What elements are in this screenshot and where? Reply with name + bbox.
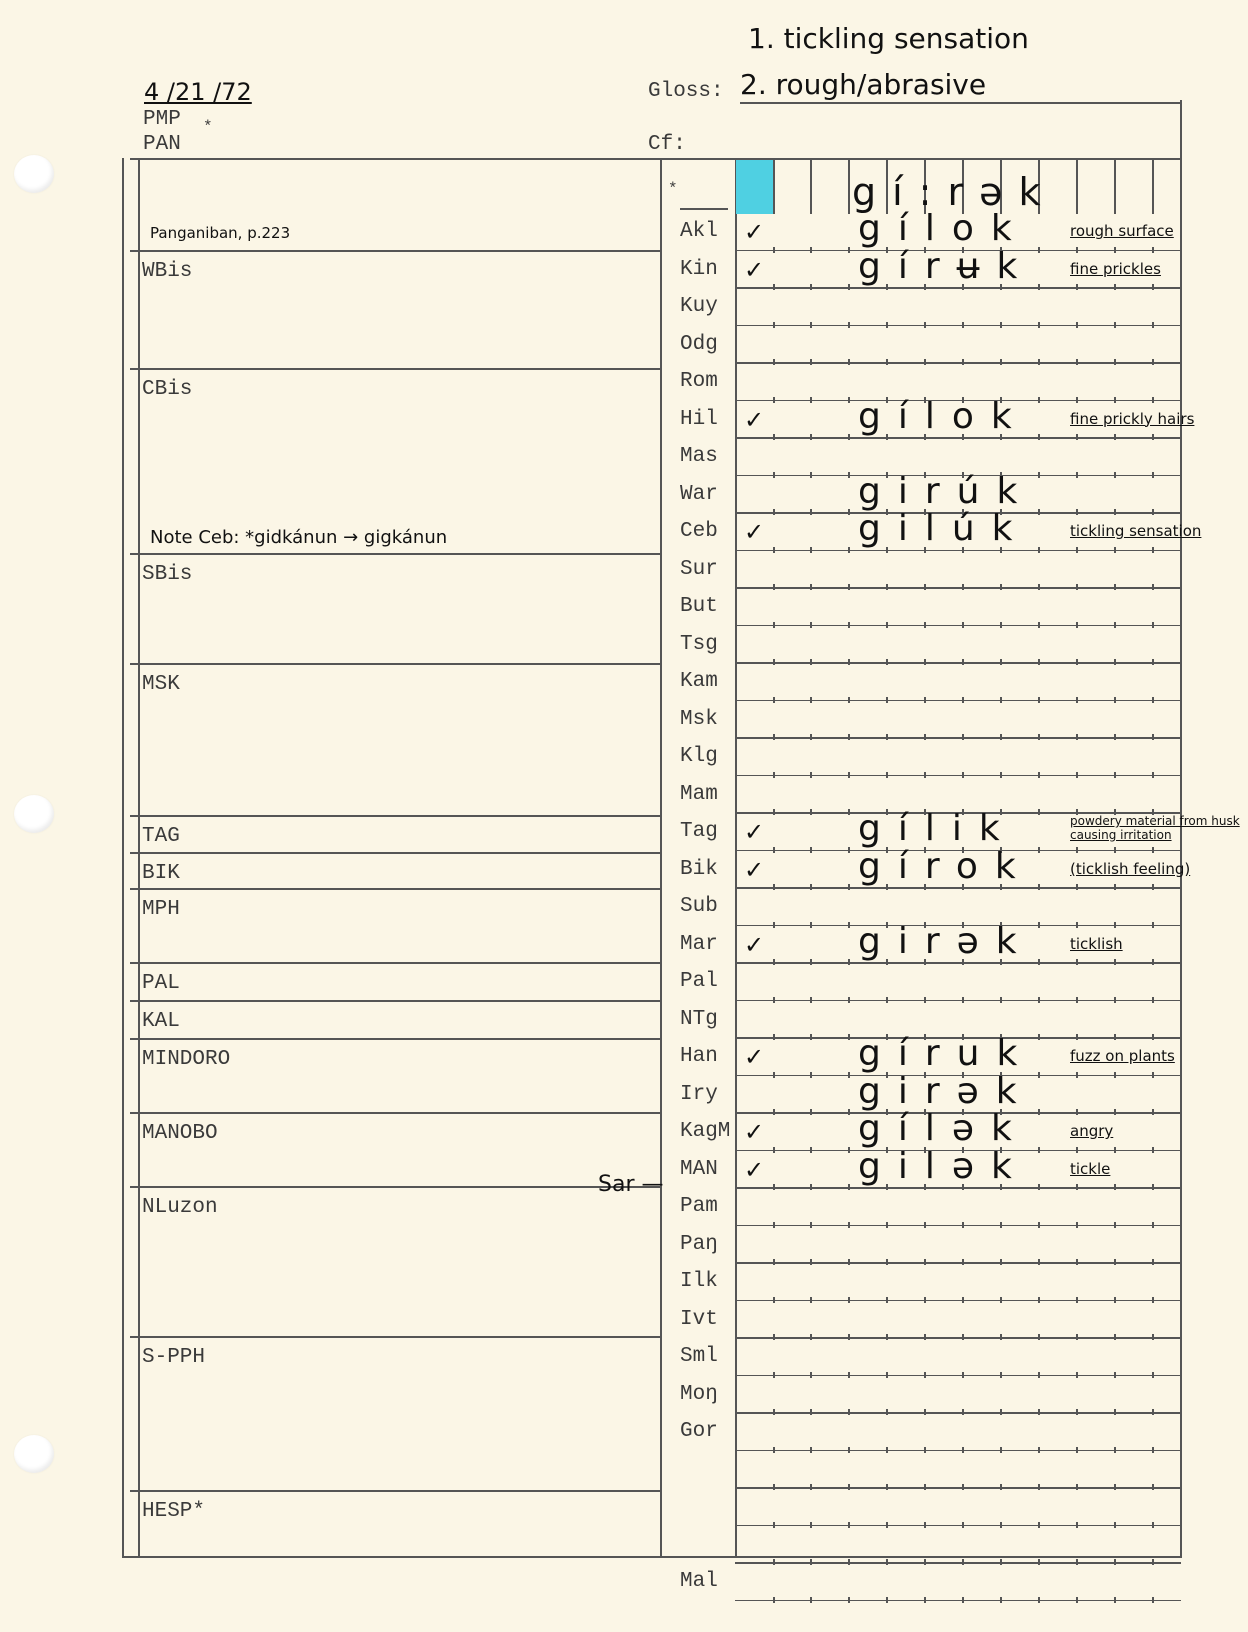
row-tick [773,434,775,440]
language-label: KagM [680,1120,732,1143]
row-tick [1152,284,1154,290]
frame-top [130,158,1182,160]
pmp-star: * [203,118,213,136]
row-tick [848,1522,850,1528]
row-tick [848,1072,850,1078]
row-tick [848,1484,850,1490]
row-tick [848,622,850,628]
row-tick [810,1259,812,1265]
row-tick [1076,1297,1078,1303]
subgroup-label: BIK [142,862,180,885]
row-tick [1152,359,1154,365]
row-tick [1114,1409,1116,1415]
row-tick [1152,397,1154,403]
check-mark: ✓ [744,518,764,546]
row-tick [848,1447,850,1453]
row-tick [1114,734,1116,740]
row-tick [1000,697,1002,703]
language-label: Odg [680,333,732,356]
row-tick [848,659,850,665]
row-tick [810,1522,812,1528]
row-tick [924,359,926,365]
row-tick [1152,734,1154,740]
row-tick [1038,959,1040,965]
row-tick [1114,397,1116,403]
row-tick [1152,434,1154,440]
row-tick [962,584,964,590]
language-label: Kuy [680,295,732,318]
row-tick [773,697,775,703]
row-tick [1114,847,1116,853]
row-tick [1038,584,1040,590]
cognate-form: gilək [858,1146,1029,1187]
row-tick [848,1334,850,1340]
row-tick [886,322,888,328]
subgroup-label: TAG [142,825,180,848]
row-tick [848,922,850,928]
row-tick [1152,1147,1154,1153]
row-tick [810,1184,812,1190]
row-tick [1152,959,1154,965]
row-tick [924,1559,926,1565]
row-tick [924,584,926,590]
row-tick [886,1297,888,1303]
group-divider [130,888,660,890]
check-mark: ✓ [744,856,764,884]
language-label: Bik [680,858,732,881]
row-tick [886,1334,888,1340]
row-tick [962,322,964,328]
row-tick [1152,1072,1154,1078]
group-divider [130,962,660,964]
row-tick [810,697,812,703]
row-tick [1152,1109,1154,1115]
group-divider [130,368,660,370]
row-tick [773,247,775,253]
row-tick [773,359,775,365]
row-tick [1114,1034,1116,1040]
row-tick [924,322,926,328]
row-tick [1152,697,1154,703]
row-tick [810,809,812,815]
row-tick [924,1597,926,1603]
row-tick [773,547,775,553]
row-tick [1038,734,1040,740]
row-tick [962,622,964,628]
row-tick [886,1597,888,1603]
row-tick [773,1522,775,1528]
language-label: Pal [680,970,732,993]
row-tick [1076,997,1078,1003]
language-label: Mal [680,1570,732,1593]
language-label: Paŋ [680,1233,732,1256]
row-tick [848,1184,850,1190]
row-tick [1152,1447,1154,1453]
row-tick [848,1109,850,1115]
row-tick [1038,1222,1040,1228]
language-label: Klg [680,745,732,768]
row-tick [810,1222,812,1228]
row-tick [886,772,888,778]
row-tick [886,1372,888,1378]
row-tick [810,1559,812,1565]
gloss-line-2: 2. rough/abrasive [740,68,986,101]
grid-divider [1076,160,1078,214]
frame-bottom [122,1556,1182,1558]
grid-divider [810,160,812,214]
row-tick [848,884,850,890]
row-tick [1000,1259,1002,1265]
row-tick [1114,1334,1116,1340]
row-tick [773,922,775,928]
row-tick [924,1484,926,1490]
reconstruction-blank [680,208,728,210]
row-tick [1038,284,1040,290]
check-mark: ✓ [744,1156,764,1184]
row-tick [773,284,775,290]
subgroup-label: NLuzon [142,1196,218,1219]
row-tick [1000,1409,1002,1415]
row-tick [1152,659,1154,665]
language-label: Tag [680,820,732,843]
check-mark: ✓ [744,1043,764,1071]
row-tick [810,734,812,740]
row-tick [886,1409,888,1415]
row-tick [1152,322,1154,328]
row-tick [1076,847,1078,853]
row-tick [773,1484,775,1490]
check-mark: ✓ [744,256,764,284]
row-tick [962,1484,964,1490]
row-tick [773,1259,775,1265]
row-tick [1114,247,1116,253]
row-tick [1038,1372,1040,1378]
subgroup-label: SBis [142,563,192,586]
row-tick [1038,247,1040,253]
subgroup-label: CBis [142,378,192,401]
subgroup-label: S-PPH [142,1346,205,1369]
row-tick [1000,1297,1002,1303]
row-tick [1076,1522,1078,1528]
row-tick [848,322,850,328]
row-tick [924,1522,926,1528]
row-tick [1114,1109,1116,1115]
row-tick [1114,997,1116,1003]
row-tick [924,1409,926,1415]
cognate-form: gílok [858,396,1029,437]
language-label: Kin [680,258,732,281]
row-tick [848,1297,850,1303]
row-tick [1076,1034,1078,1040]
cognate-form: gílik [858,808,1017,849]
row-tick [1114,547,1116,553]
language-label: MAN [680,1158,732,1181]
row-tick [1114,584,1116,590]
row-tick [1000,1222,1002,1228]
row-tick [1076,922,1078,928]
row-tick [773,997,775,1003]
row-tick [848,1409,850,1415]
row-tick [810,247,812,253]
row-tick [810,1072,812,1078]
cognate-form: gírok [858,846,1033,887]
row-tick [924,1259,926,1265]
row-tick [810,847,812,853]
row-tick [1076,247,1078,253]
row-tick [773,734,775,740]
check-mark: ✓ [744,406,764,434]
row-tick [773,1409,775,1415]
row-tick [1038,397,1040,403]
row-tick [810,922,812,928]
group-divider [130,815,660,817]
row-tick [1114,1259,1116,1265]
row-tick [1038,697,1040,703]
language-label: Mar [680,933,732,956]
row-tick [1152,247,1154,253]
language-label: Ilk [680,1270,732,1293]
group-divider [130,852,660,854]
row-tick [810,1109,812,1115]
frame-data-left [735,158,737,1558]
language-label: Ivt [680,1308,732,1331]
row-tick [848,1597,850,1603]
row-tick [886,1222,888,1228]
row-tick [962,734,964,740]
row-tick [848,1259,850,1265]
pmp-label: PMP [143,108,181,131]
cognate-form: girək [858,1071,1034,1112]
row-tick [773,1072,775,1078]
row-tick [810,1409,812,1415]
row-tick [1076,1559,1078,1565]
row-tick [848,472,850,478]
group-divider [130,1336,660,1338]
row-tick [1038,1184,1040,1190]
row-tick [1076,1447,1078,1453]
row-tick [810,547,812,553]
row-tick [1152,772,1154,778]
group-divider [130,1490,660,1492]
row-tick [1076,359,1078,365]
language-label: Kam [680,670,732,693]
row-tick [773,847,775,853]
row-tick [810,1484,812,1490]
row-tick [1076,1484,1078,1490]
row-tick [1152,1597,1154,1603]
row-tick [773,1297,775,1303]
row-tick [773,1597,775,1603]
row-tick [1114,434,1116,440]
cognate-gloss: rough surface [1070,224,1174,238]
row-tick [1076,1259,1078,1265]
row-tick [1038,1597,1040,1603]
row-tick [1114,509,1116,515]
subgroup-label: MSK [142,673,180,696]
language-label: Mam [680,783,732,806]
date: 4 /21 /72 [144,78,252,106]
row-tick [848,1559,850,1565]
row-tick [1038,472,1040,478]
row-tick [848,1372,850,1378]
row-tick [1038,772,1040,778]
row-tick [1000,359,1002,365]
row-tick [1114,1372,1116,1378]
row-tick [810,959,812,965]
row-tick [886,1484,888,1490]
grid-divider [773,160,775,214]
row-tick [1152,922,1154,928]
row-tick [1000,1559,1002,1565]
row-tick [773,1184,775,1190]
row-tick [886,734,888,740]
row-tick [1000,772,1002,778]
row-tick [810,1447,812,1453]
row-tick [962,772,964,778]
language-label: Pam [680,1195,732,1218]
row-tick [1038,434,1040,440]
group-divider [130,553,660,555]
row-tick [1152,472,1154,478]
language-label: Moŋ [680,1383,732,1406]
row-tick [810,1147,812,1153]
row-tick [848,772,850,778]
cognate-gloss: fine prickles [1070,262,1161,276]
row-tick [810,997,812,1003]
gloss-line-1: 1. tickling sensation [748,22,1029,55]
subgroup-label: WBis [142,260,192,283]
row-tick [1076,734,1078,740]
row-tick [810,284,812,290]
row-tick [1000,997,1002,1003]
row-tick [962,1259,964,1265]
row-tick [810,772,812,778]
row-tick [1076,284,1078,290]
row-tick [810,584,812,590]
row-tick [810,509,812,515]
row-tick [773,622,775,628]
row-tick [773,1447,775,1453]
frame-left-outer [122,158,124,1558]
row-tick [1076,547,1078,553]
cognate-gloss: tickle [1070,1162,1110,1176]
row-tick [848,397,850,403]
cognate-form: gírʉk [858,246,1034,287]
row-tick [773,959,775,965]
row-tick [1038,1109,1040,1115]
row-tick [962,997,964,1003]
row-tick [773,1034,775,1040]
subgroup-label: MANOBO [142,1122,218,1145]
row-tick [1038,1147,1040,1153]
row-tick [773,1334,775,1340]
row-tick [773,322,775,328]
row-tick [810,659,812,665]
row-tick [848,1147,850,1153]
language-label: NTg [680,1008,732,1031]
row-tick [1038,847,1040,853]
row-tick [1152,1259,1154,1265]
row-tick [773,659,775,665]
row-tick [773,397,775,403]
row-tick [1000,734,1002,740]
cognate-form: gílək [858,1108,1029,1149]
row-tick [1076,1597,1078,1603]
row-tick [886,1522,888,1528]
row-tick [1152,1297,1154,1303]
row-tick [924,1222,926,1228]
row-tick [1000,1522,1002,1528]
row-tick [1114,359,1116,365]
row-tick [1152,1334,1154,1340]
row-tick [1152,1409,1154,1415]
row-tick [962,1372,964,1378]
row-tick [1152,884,1154,890]
row-tick [886,697,888,703]
row-tick [810,434,812,440]
language-label: Iry [680,1083,732,1106]
row-tick [1114,472,1116,478]
language-label: Tsg [680,633,732,656]
language-label: Sml [680,1345,732,1368]
row-tick [1152,1522,1154,1528]
row-tick [1000,1372,1002,1378]
row-tick [1114,1522,1116,1528]
language-label: Gor [680,1420,732,1443]
cognate-form: gílok [858,208,1029,249]
row-tick [924,1334,926,1340]
check-mark: ✓ [744,818,764,846]
row-tick [773,584,775,590]
row-tick [924,1372,926,1378]
row-tick [1114,322,1116,328]
language-label: Hil [680,408,732,431]
row-tick [924,1447,926,1453]
row-tick [773,1372,775,1378]
row-tick [1076,584,1078,590]
row-tick [773,509,775,515]
subgroup-label: MINDORO [142,1048,230,1071]
row-tick [1114,959,1116,965]
language-label: War [680,483,732,506]
row-tick [1000,659,1002,665]
row-tick [1076,1372,1078,1378]
row-tick [1114,1484,1116,1490]
group-divider [130,1186,660,1188]
row-tick [773,809,775,815]
row-tick [1076,1222,1078,1228]
row-tick [1076,1072,1078,1078]
row-tick [962,697,964,703]
row-tick [886,1559,888,1565]
row-tick [773,1109,775,1115]
cognate-gloss: tickling sensation [1070,524,1201,538]
group-divider [130,1112,660,1114]
row-tick [924,697,926,703]
subgroup-label: MPH [142,898,180,921]
row-tick [1038,1447,1040,1453]
group-divider [130,250,660,252]
row-tick [1038,884,1040,890]
row-tick [886,584,888,590]
row-tick [924,734,926,740]
row-tick [848,247,850,253]
row-tick [1038,509,1040,515]
row-tick [1152,509,1154,515]
row-tick [886,1447,888,1453]
row-tick [810,322,812,328]
language-label: Sub [680,895,732,918]
